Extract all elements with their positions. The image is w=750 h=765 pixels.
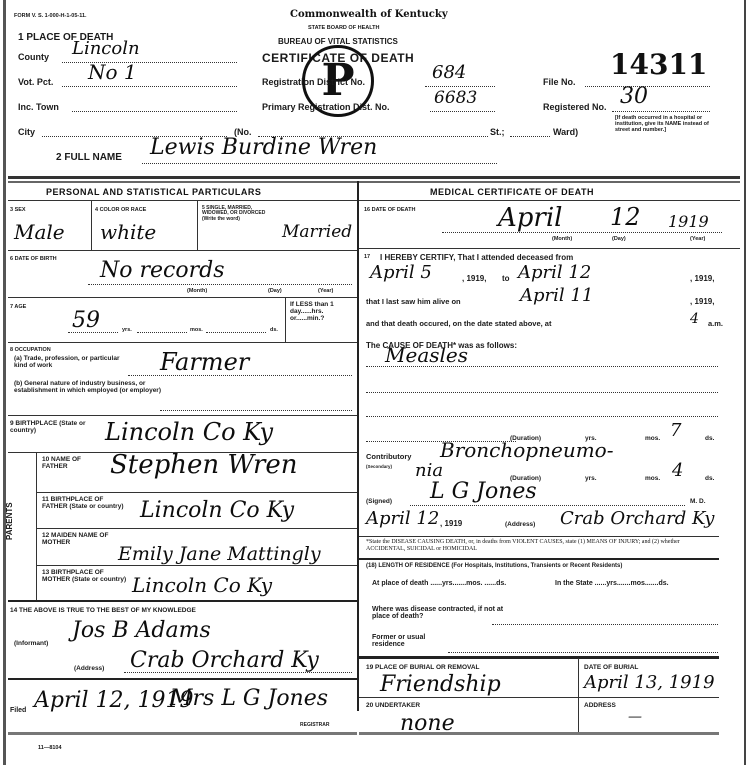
- marital-value: Married: [282, 224, 352, 241]
- mother-birthplace-label: 13 BIRTHPLACE OF MOTHER (State or countr…: [42, 570, 127, 584]
- form-footer-number: 11—8104: [38, 745, 62, 751]
- undertaker-address-label: ADDRESS: [584, 702, 616, 709]
- race-label: 4 COLOR OR RACE: [95, 207, 146, 213]
- signed-label: (Signed): [366, 498, 392, 505]
- registered-no-label: Registered No.: [543, 103, 607, 112]
- primary-reg-label: Primary Registration Dist. No.: [262, 103, 390, 112]
- date-of-death-label: 16 DATE OF DEATH: [364, 207, 415, 213]
- registrar-label: REGISTRAR: [300, 722, 329, 728]
- dob-year-label: (Year): [318, 288, 333, 294]
- mother-name-value: Emily Jane Mattingly: [118, 545, 321, 564]
- contributory-value: Bronchopneumo-: [440, 440, 613, 460]
- burial-date-label: DATE OF BURIAL: [584, 664, 638, 671]
- dob-month-label: (Month): [187, 288, 207, 294]
- death-day-value: 12: [610, 205, 641, 229]
- dob-label: 6 DATE OF BIRTH: [10, 256, 57, 262]
- mother-name-label: 12 MAIDEN NAME OF MOTHER: [42, 533, 122, 547]
- cause-mos-label: mos.: [645, 435, 660, 442]
- file-number: 14311: [610, 48, 707, 81]
- left-edge: [3, 0, 6, 765]
- certify-number: 17: [364, 254, 370, 260]
- residence-at-place: At place of death ......yrs.......mos. .…: [372, 580, 532, 587]
- county-value: Lincoln: [72, 40, 140, 58]
- mos-label: mos.: [190, 327, 203, 333]
- full-name-label: 2 FULL NAME: [56, 153, 122, 163]
- physician-address-label: (Address): [505, 521, 535, 528]
- sex-label: 3 SEX: [10, 207, 26, 213]
- informant-address-label: (Address): [74, 665, 104, 672]
- attended-to-value: April 12: [518, 264, 591, 282]
- contributory-value-2: nia: [415, 462, 443, 480]
- vot-pct-value: No 1: [88, 62, 137, 82]
- yrs-label: yrs.: [122, 327, 132, 333]
- cause-value: Measles: [385, 345, 468, 365]
- death-year-value: 1919: [668, 214, 709, 230]
- race-value: white: [100, 222, 156, 242]
- dob-day-label: (Day): [268, 288, 282, 294]
- column-divider: [357, 181, 359, 711]
- contrib-ds-label: ds.: [705, 475, 714, 482]
- occupation-label: 8 OCCUPATION: [10, 347, 51, 353]
- father-name-value: Stephen Wren: [110, 452, 298, 478]
- reg-district-value: 684: [432, 64, 466, 82]
- occupation-a-label: (a) Trade, profession, or particular kin…: [14, 356, 132, 370]
- dod-month-label: (Month): [552, 236, 572, 242]
- burial-place-label: 19 PLACE OF BURIAL OR REMOVAL: [366, 664, 480, 671]
- attended-from-value: April 5: [370, 264, 432, 282]
- hospital-note: [If death occurred in a hospital or inst…: [615, 116, 710, 133]
- sex-value: Male: [14, 222, 65, 242]
- last-saw-value: April 11: [520, 287, 593, 305]
- contrib-duration-days: 4: [672, 462, 683, 480]
- contrib-yrs-label: yrs.: [585, 475, 597, 482]
- undertaker-label: 20 UNDERTAKER: [366, 702, 420, 709]
- mother-birthplace-value: Lincoln Co Ky: [132, 575, 272, 595]
- ds-label: ds.: [270, 327, 278, 333]
- birthplace-label: 9 BIRTHPLACE (State or country): [10, 421, 95, 435]
- city-label: City: [18, 128, 35, 137]
- age-value: 59: [72, 310, 100, 332]
- filed-label: Filed: [10, 707, 26, 714]
- parents-label: PARENTS: [6, 502, 14, 540]
- vot-pct-label: Vot. Pct.: [18, 78, 53, 87]
- former-residence-label: Former or usual residence: [372, 634, 432, 649]
- informant-address-value: Crab Orchard Ky: [130, 650, 319, 672]
- cause-footnote: *State the DISEASE CAUSING DEATH, or, in…: [366, 539, 718, 553]
- right-edge: [744, 0, 746, 765]
- board-of-health: STATE BOARD OF HEALTH: [308, 25, 380, 31]
- cause-ds-label: ds.: [705, 435, 714, 442]
- last-saw-year: , 1919,: [690, 298, 714, 306]
- residence-label: (18) LENGTH OF RESIDENCE (For Hospitals,…: [366, 563, 716, 569]
- death-occurred-label: and that death occured, on the date stat…: [366, 320, 551, 328]
- medical-section-title: MEDICAL CERTIFICATE OF DEATH: [430, 187, 594, 197]
- to-year: , 1919,: [690, 275, 714, 283]
- file-no-label: File No.: [543, 78, 576, 87]
- signed-year: , 1919: [440, 520, 462, 528]
- last-saw-label: that I last saw him alive on: [366, 298, 461, 306]
- ward-label: Ward): [553, 128, 578, 137]
- burial-date-value: April 13, 1919: [584, 674, 715, 692]
- less-than-label: If LESS than 1 day......hrs. or......min…: [290, 302, 352, 322]
- time-suffix: a.m.: [708, 320, 723, 328]
- residence-in-state: In the State ......yrs.......mos.......d…: [555, 580, 715, 587]
- contracted-label: Where was disease contracted, if not at …: [372, 606, 512, 621]
- from-year: , 1919,: [462, 275, 486, 283]
- dod-day-label: (Day): [612, 236, 626, 242]
- birthplace-value: Lincoln Co Ky: [105, 420, 273, 444]
- registrar-value: Mrs L G Jones: [170, 688, 328, 710]
- reg-district-label: Registration District No.: [262, 78, 365, 87]
- registered-no-value: 30: [620, 86, 648, 108]
- contributory-label: Contributory: [366, 453, 411, 461]
- county-label: County: [18, 53, 49, 62]
- age-label: 7 AGE: [10, 304, 26, 310]
- undertaker-address-value: —: [628, 710, 642, 724]
- physician-address-value: Crab Orchard Ky: [560, 510, 714, 528]
- cause-duration-days: 7: [670, 422, 681, 440]
- signed-value: L G Jones: [430, 481, 537, 503]
- personal-section-title: PERSONAL AND STATISTICAL PARTICULARS: [46, 187, 261, 197]
- father-name-label: 10 NAME OF FATHER: [42, 457, 102, 471]
- occupation-b-label: (b) General nature of industry business,…: [14, 381, 164, 395]
- burial-place-value: Friendship: [380, 674, 501, 696]
- father-birthplace-label: 11 BIRTHPLACE OF FATHER (State or countr…: [42, 497, 127, 511]
- signed-date-value: April 12: [366, 510, 439, 528]
- md-label: M. D.: [690, 498, 706, 505]
- dod-year-label: (Year): [690, 236, 705, 242]
- inc-town-label: Inc. Town: [18, 103, 59, 112]
- st-label: St.;: [490, 128, 505, 137]
- secondary-label: (Secondary): [366, 464, 392, 469]
- death-time-value: 4: [690, 312, 699, 326]
- marital-label: 5 SINGLE, MARRIED, WIDOWED, OR DIVORCED …: [202, 206, 280, 222]
- certify-text: I HEREBY CERTIFY, That I attended deceas…: [380, 254, 573, 262]
- death-month-value: April: [498, 205, 562, 231]
- contrib-mos-label: mos.: [645, 475, 660, 482]
- primary-reg-value: 6683: [434, 90, 477, 107]
- occupation-value: Farmer: [160, 350, 249, 374]
- full-name-value: Lewis Burdine Wren: [150, 137, 377, 159]
- informant-value: Jos B Adams: [72, 620, 211, 642]
- father-birthplace-value: Lincoln Co Ky: [140, 500, 294, 522]
- to-label: to: [502, 275, 510, 283]
- true-statement-label: 14 THE ABOVE IS TRUE TO THE BEST OF MY K…: [10, 607, 196, 614]
- informant-label: (Informant): [14, 640, 48, 647]
- dob-value: No records: [100, 260, 224, 282]
- commonwealth-title: Commonwealth of Kentucky: [290, 9, 448, 20]
- form-number: FORM V. S. 1-000-H-1-05-11.: [14, 13, 87, 19]
